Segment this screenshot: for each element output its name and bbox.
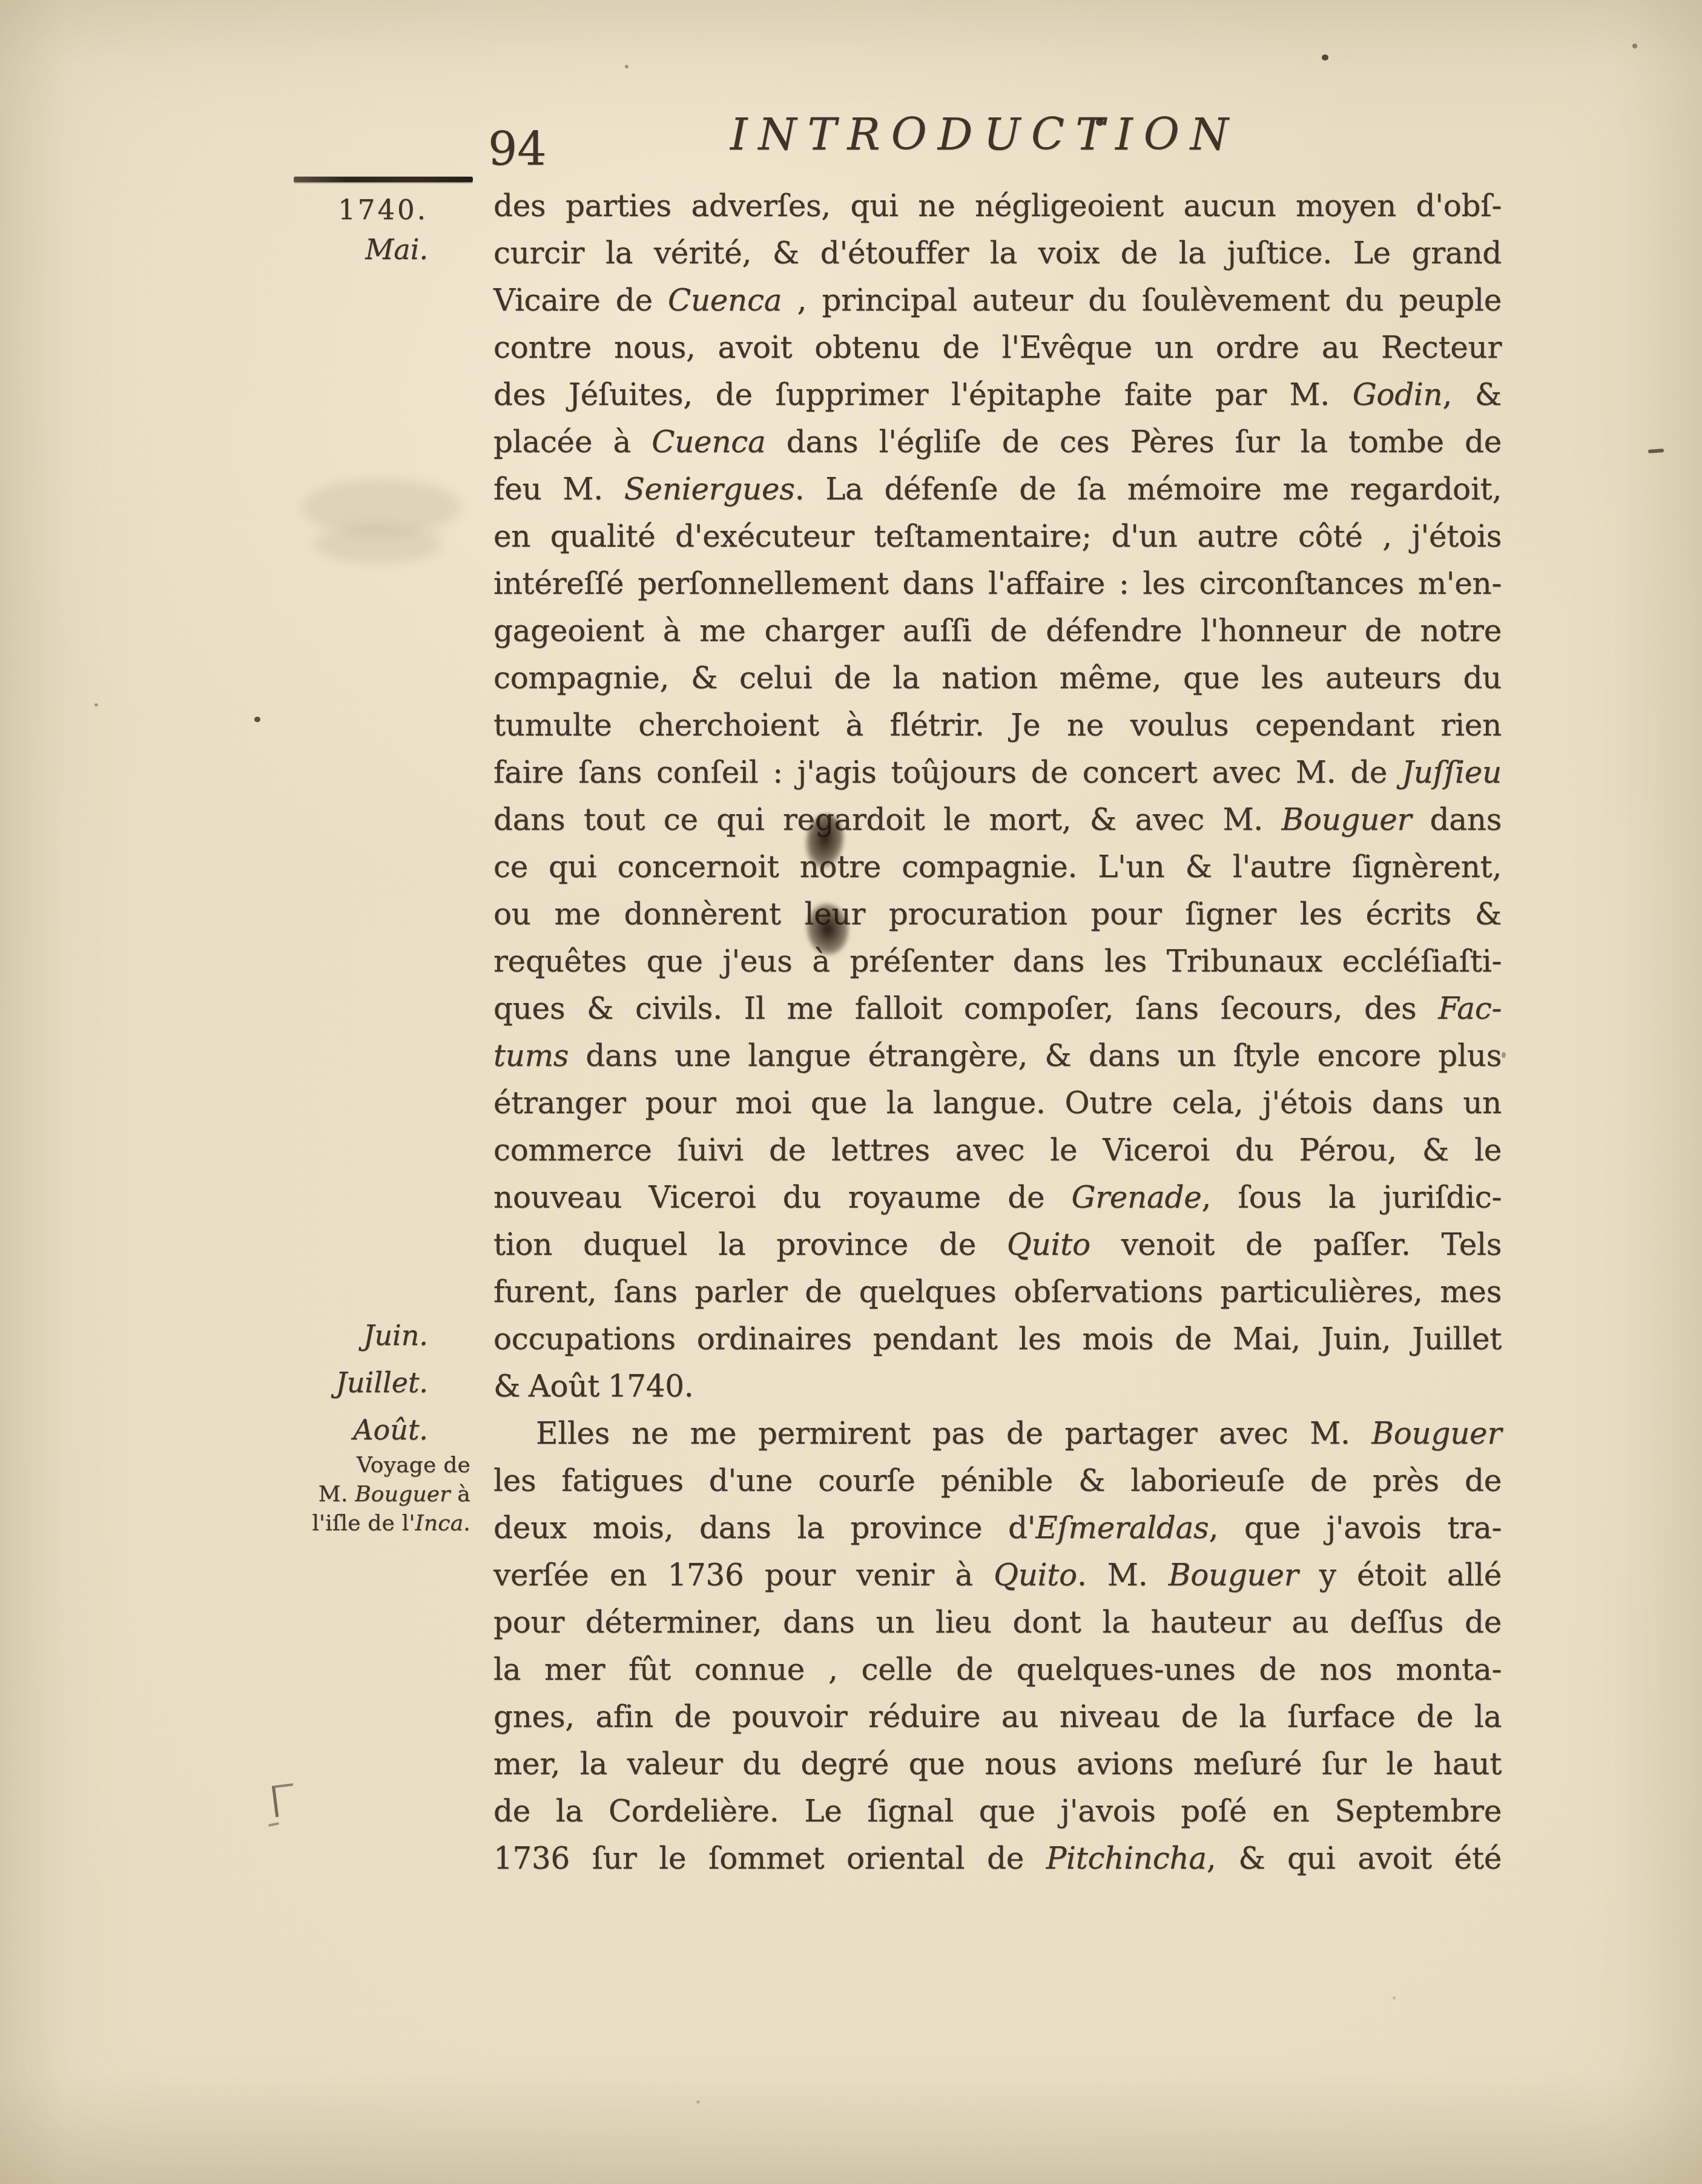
text-run: les fatigues d'une courſe pénible & labo… xyxy=(493,1463,1502,1498)
body-line: placée à Cuenca dans l'égliſe de ces Pèr… xyxy=(493,418,1502,465)
body-line: occupations ordinaires pendant les mois … xyxy=(493,1315,1502,1363)
body-line: & Août 1740. xyxy=(493,1363,1502,1410)
italic-run: Fac- xyxy=(1438,991,1502,1026)
margin-corner-mark xyxy=(268,1822,279,1827)
body-line: furent, ſans parler de quelques obſervat… xyxy=(493,1268,1502,1315)
text-run: tumulte cherchoient à flétrir. Je ne vou… xyxy=(493,708,1502,743)
text-run: faire ſans conſeil : j'agis toûjours de … xyxy=(493,755,1402,790)
text-run: , que j'avois tra- xyxy=(1209,1510,1502,1545)
text-run: des parties adverſes, qui ne négligeoien… xyxy=(493,188,1502,223)
italic-run: Bouguer xyxy=(355,1482,450,1507)
margin-note-month: Mai. xyxy=(365,233,428,266)
body-line: la mer fût connue , celle de quelques-un… xyxy=(493,1646,1502,1693)
body-line: verſée en 1736 pour venir à Quito. M. Bo… xyxy=(493,1551,1502,1599)
text-run: , ſous la juriſdic- xyxy=(1202,1180,1502,1215)
text-run: verſée en 1736 pour venir à xyxy=(493,1557,994,1593)
margin-corner-mark xyxy=(272,1783,297,1817)
text-run: & Août 1740. xyxy=(493,1369,693,1404)
body-line: tums dans une langue étrangère, & dans u… xyxy=(493,1032,1502,1079)
body-line: en qualité d'exécuteur teſtamentaire; d'… xyxy=(493,513,1502,560)
header-rule xyxy=(294,177,473,182)
text-run: l'iſle de l' xyxy=(312,1511,415,1536)
body-line: les fatigues d'une courſe pénible & labo… xyxy=(493,1457,1502,1504)
text-run: requêtes que j'eus à préſenter dans les … xyxy=(493,944,1502,979)
ink-speck xyxy=(94,703,98,706)
ink-speck xyxy=(1393,1996,1396,1999)
text-run: y étoit allé xyxy=(1298,1557,1502,1593)
body-line: gageoient à me charger auſſi de défendre… xyxy=(493,607,1502,654)
text-run: contre nous, avoit obtenu de l'Evêque un… xyxy=(493,330,1502,365)
body-line: des Jéſuites, de ſupprimer l'épitaphe fa… xyxy=(493,371,1502,418)
italic-run: Cuenca xyxy=(668,283,782,318)
text-run: , & qui avoit été xyxy=(1207,1841,1502,1876)
italic-run: Quito xyxy=(994,1557,1077,1593)
margin-note-caption: Voyage deM. Bouguer àl'iſle de l'Inca. xyxy=(312,1451,470,1538)
margin-note-month: Juillet. xyxy=(335,1366,428,1399)
margin-dash-mark xyxy=(1648,449,1664,453)
page-number: 94 xyxy=(488,122,547,176)
body-line: pour déterminer, dans un lieu dont la ha… xyxy=(493,1599,1502,1646)
text-run: occupations ordinaires pendant les mois … xyxy=(493,1321,1502,1357)
text-run: des Jéſuites, de ſupprimer l'épitaphe fa… xyxy=(493,377,1353,412)
italic-run: Bouguer xyxy=(1281,802,1411,837)
text-run: , & xyxy=(1442,377,1502,412)
text-run: à xyxy=(450,1482,470,1507)
text-run: nouveau Viceroi du royaume de xyxy=(493,1180,1072,1215)
text-run: étranger pour moi que la langue. Outre c… xyxy=(493,1085,1502,1120)
body-line: dans tout ce qui regardoit le mort, & av… xyxy=(493,796,1502,843)
ink-speck xyxy=(1322,54,1328,61)
margin-note-caption-line: M. Bouguer à xyxy=(312,1480,470,1509)
text-run: gnes, afin de pouvoir réduire au niveau … xyxy=(493,1699,1502,1734)
text-run: M. xyxy=(318,1482,355,1507)
text-run: pour déterminer, dans un lieu dont la ha… xyxy=(493,1605,1502,1640)
text-run: dans xyxy=(1411,802,1502,837)
margin-note-month: Juin. xyxy=(363,1319,428,1352)
body-line: nouveau Viceroi du royaume de Grenade, ſ… xyxy=(493,1174,1502,1221)
body-line: requêtes que j'eus à préſenter dans les … xyxy=(493,938,1502,985)
text-run: tion duquel la province de xyxy=(493,1227,1007,1262)
italic-run: Bouguer xyxy=(1371,1416,1502,1451)
body-line: feu M. Seniergues. La défenſe de ſa mémo… xyxy=(493,465,1502,513)
body-line: de la Cordelière. Le ſignal que j'avois … xyxy=(493,1788,1502,1835)
italic-run: Inca. xyxy=(415,1511,470,1536)
text-run: Voyage de xyxy=(357,1453,470,1478)
body-line: tion duquel la province de Quito venoit … xyxy=(493,1221,1502,1268)
italic-run: Pitchincha xyxy=(1046,1841,1207,1876)
text-run: commerce ſuivi de lettres avec le Vicero… xyxy=(493,1133,1502,1168)
italic-run: Grenade xyxy=(1072,1180,1202,1215)
text-run: . La défenſe de ſa mémoire me regardoit, xyxy=(795,472,1502,507)
ink-speck xyxy=(1632,44,1637,48)
text-run: ques & civils. Il me falloit compoſer, ſ… xyxy=(493,991,1438,1026)
ink-speck xyxy=(1502,1052,1506,1058)
body-line: tumulte cherchoient à flétrir. Je ne vou… xyxy=(493,702,1502,749)
margin-note-month: Août. xyxy=(353,1413,428,1446)
body-line: faire ſans conſeil : j'agis toûjours de … xyxy=(493,749,1502,796)
margin-note-caption-line: l'iſle de l'Inca. xyxy=(312,1509,470,1538)
text-run: feu M. xyxy=(493,472,624,507)
text-run: ce qui concernoit notre compagnie. L'un … xyxy=(493,849,1502,884)
text-run: Juillet. xyxy=(335,1366,428,1399)
text-run: dans tout ce qui regardoit le mort, & av… xyxy=(493,802,1281,837)
italic-run: Cuenca xyxy=(651,424,765,459)
ink-speck xyxy=(1096,119,1104,126)
body-line: Vicaire de Cuenca , principal auteur du … xyxy=(493,277,1502,324)
margin-note-year: 1740. xyxy=(338,194,428,226)
italic-run: Juſſieu xyxy=(1402,755,1502,790)
text-run: dans l'égliſe de ces Pères ſur la tombe … xyxy=(766,424,1502,459)
italic-run: Godin xyxy=(1353,377,1443,412)
body-line: 1736 ſur le ſommet oriental de Pitchinch… xyxy=(493,1835,1502,1882)
text-run: de la Cordelière. Le ſignal que j'avois … xyxy=(493,1794,1502,1829)
text-run: placée à xyxy=(493,424,651,459)
running-title: INTRODUCTION xyxy=(730,109,1239,160)
body-line: contre nous, avoit obtenu de l'Evêque un… xyxy=(493,324,1502,371)
body-line: mer, la valeur du degré que nous avions … xyxy=(493,1740,1502,1788)
body-line: commerce ſuivi de lettres avec le Vicero… xyxy=(493,1127,1502,1174)
body-line: compagnie, & celui de la nation même, qu… xyxy=(493,654,1502,702)
text-run: , principal auteur du ſoulèvement du peu… xyxy=(782,283,1502,318)
text-run: venoit de paſſer. Tels xyxy=(1090,1227,1502,1262)
ink-speck xyxy=(254,717,260,722)
text-run: dans une langue étrangère, & dans un ſty… xyxy=(569,1038,1502,1073)
body-line: Elles ne me permirent pas de partager av… xyxy=(493,1410,1502,1457)
ink-speck xyxy=(696,2100,700,2103)
text-run: Août. xyxy=(353,1413,428,1446)
body-line: curcir la vérité, & d'étouffer la voix d… xyxy=(493,229,1502,277)
text-run: furent, ſans parler de quelques obſervat… xyxy=(493,1274,1502,1309)
margin-note-caption-line: Voyage de xyxy=(312,1451,470,1480)
body-line: ou me donnèrent leur procuration pour ſi… xyxy=(493,890,1502,938)
book-page: 94 INTRODUCTION 1740.Mai.Juin.Juillet.Ao… xyxy=(0,0,1702,2184)
body-line: deux mois, dans la province d'Eſmeraldas… xyxy=(493,1504,1502,1551)
text-run: la mer fût connue , celle de quelques-un… xyxy=(493,1652,1502,1687)
body-text: des parties adverſes, qui ne négligeoien… xyxy=(493,182,1502,1882)
italic-run: Bouguer xyxy=(1169,1557,1299,1593)
text-run: Mai. xyxy=(365,233,428,266)
body-line: étranger pour moi que la langue. Outre c… xyxy=(493,1079,1502,1127)
text-run: deux mois, dans la province d' xyxy=(493,1510,1035,1545)
text-run: ou me donnèrent leur procuration pour ſi… xyxy=(493,896,1502,932)
text-run: 1740. xyxy=(338,194,428,226)
text-run: mer, la valeur du degré que nous avions … xyxy=(493,1746,1502,1781)
text-run: 1736 ſur le ſommet oriental de xyxy=(493,1841,1046,1876)
text-run: intéreſſé perſonnellement dans l'affaire… xyxy=(493,566,1502,601)
italic-run: Eſmeraldas xyxy=(1035,1510,1209,1545)
italic-run: Seniergues xyxy=(624,472,795,507)
body-line: des parties adverſes, qui ne négligeoien… xyxy=(493,182,1502,229)
text-run: Elles ne me permirent pas de partager av… xyxy=(536,1416,1371,1451)
text-run: en qualité d'exécuteur teſtamentaire; d'… xyxy=(493,519,1502,554)
body-line: gnes, afin de pouvoir réduire au niveau … xyxy=(493,1693,1502,1740)
text-run: gageoient à me charger auſſi de défendre… xyxy=(493,613,1502,648)
text-run: curcir la vérité, & d'étouffer la voix d… xyxy=(493,235,1502,271)
text-run: compagnie, & celui de la nation même, qu… xyxy=(493,660,1502,696)
ink-speck xyxy=(625,65,628,68)
text-run: Vicaire de xyxy=(493,283,668,318)
bleedthrough-smudge xyxy=(315,525,442,563)
text-run: Juin. xyxy=(363,1319,428,1352)
body-line: intéreſſé perſonnellement dans l'affaire… xyxy=(493,560,1502,607)
text-run: . M. xyxy=(1077,1557,1169,1593)
body-line: ce qui concernoit notre compagnie. L'un … xyxy=(493,843,1502,890)
italic-run: tums xyxy=(493,1038,569,1073)
body-line: ques & civils. Il me falloit compoſer, ſ… xyxy=(493,985,1502,1032)
italic-run: Quito xyxy=(1007,1227,1090,1262)
